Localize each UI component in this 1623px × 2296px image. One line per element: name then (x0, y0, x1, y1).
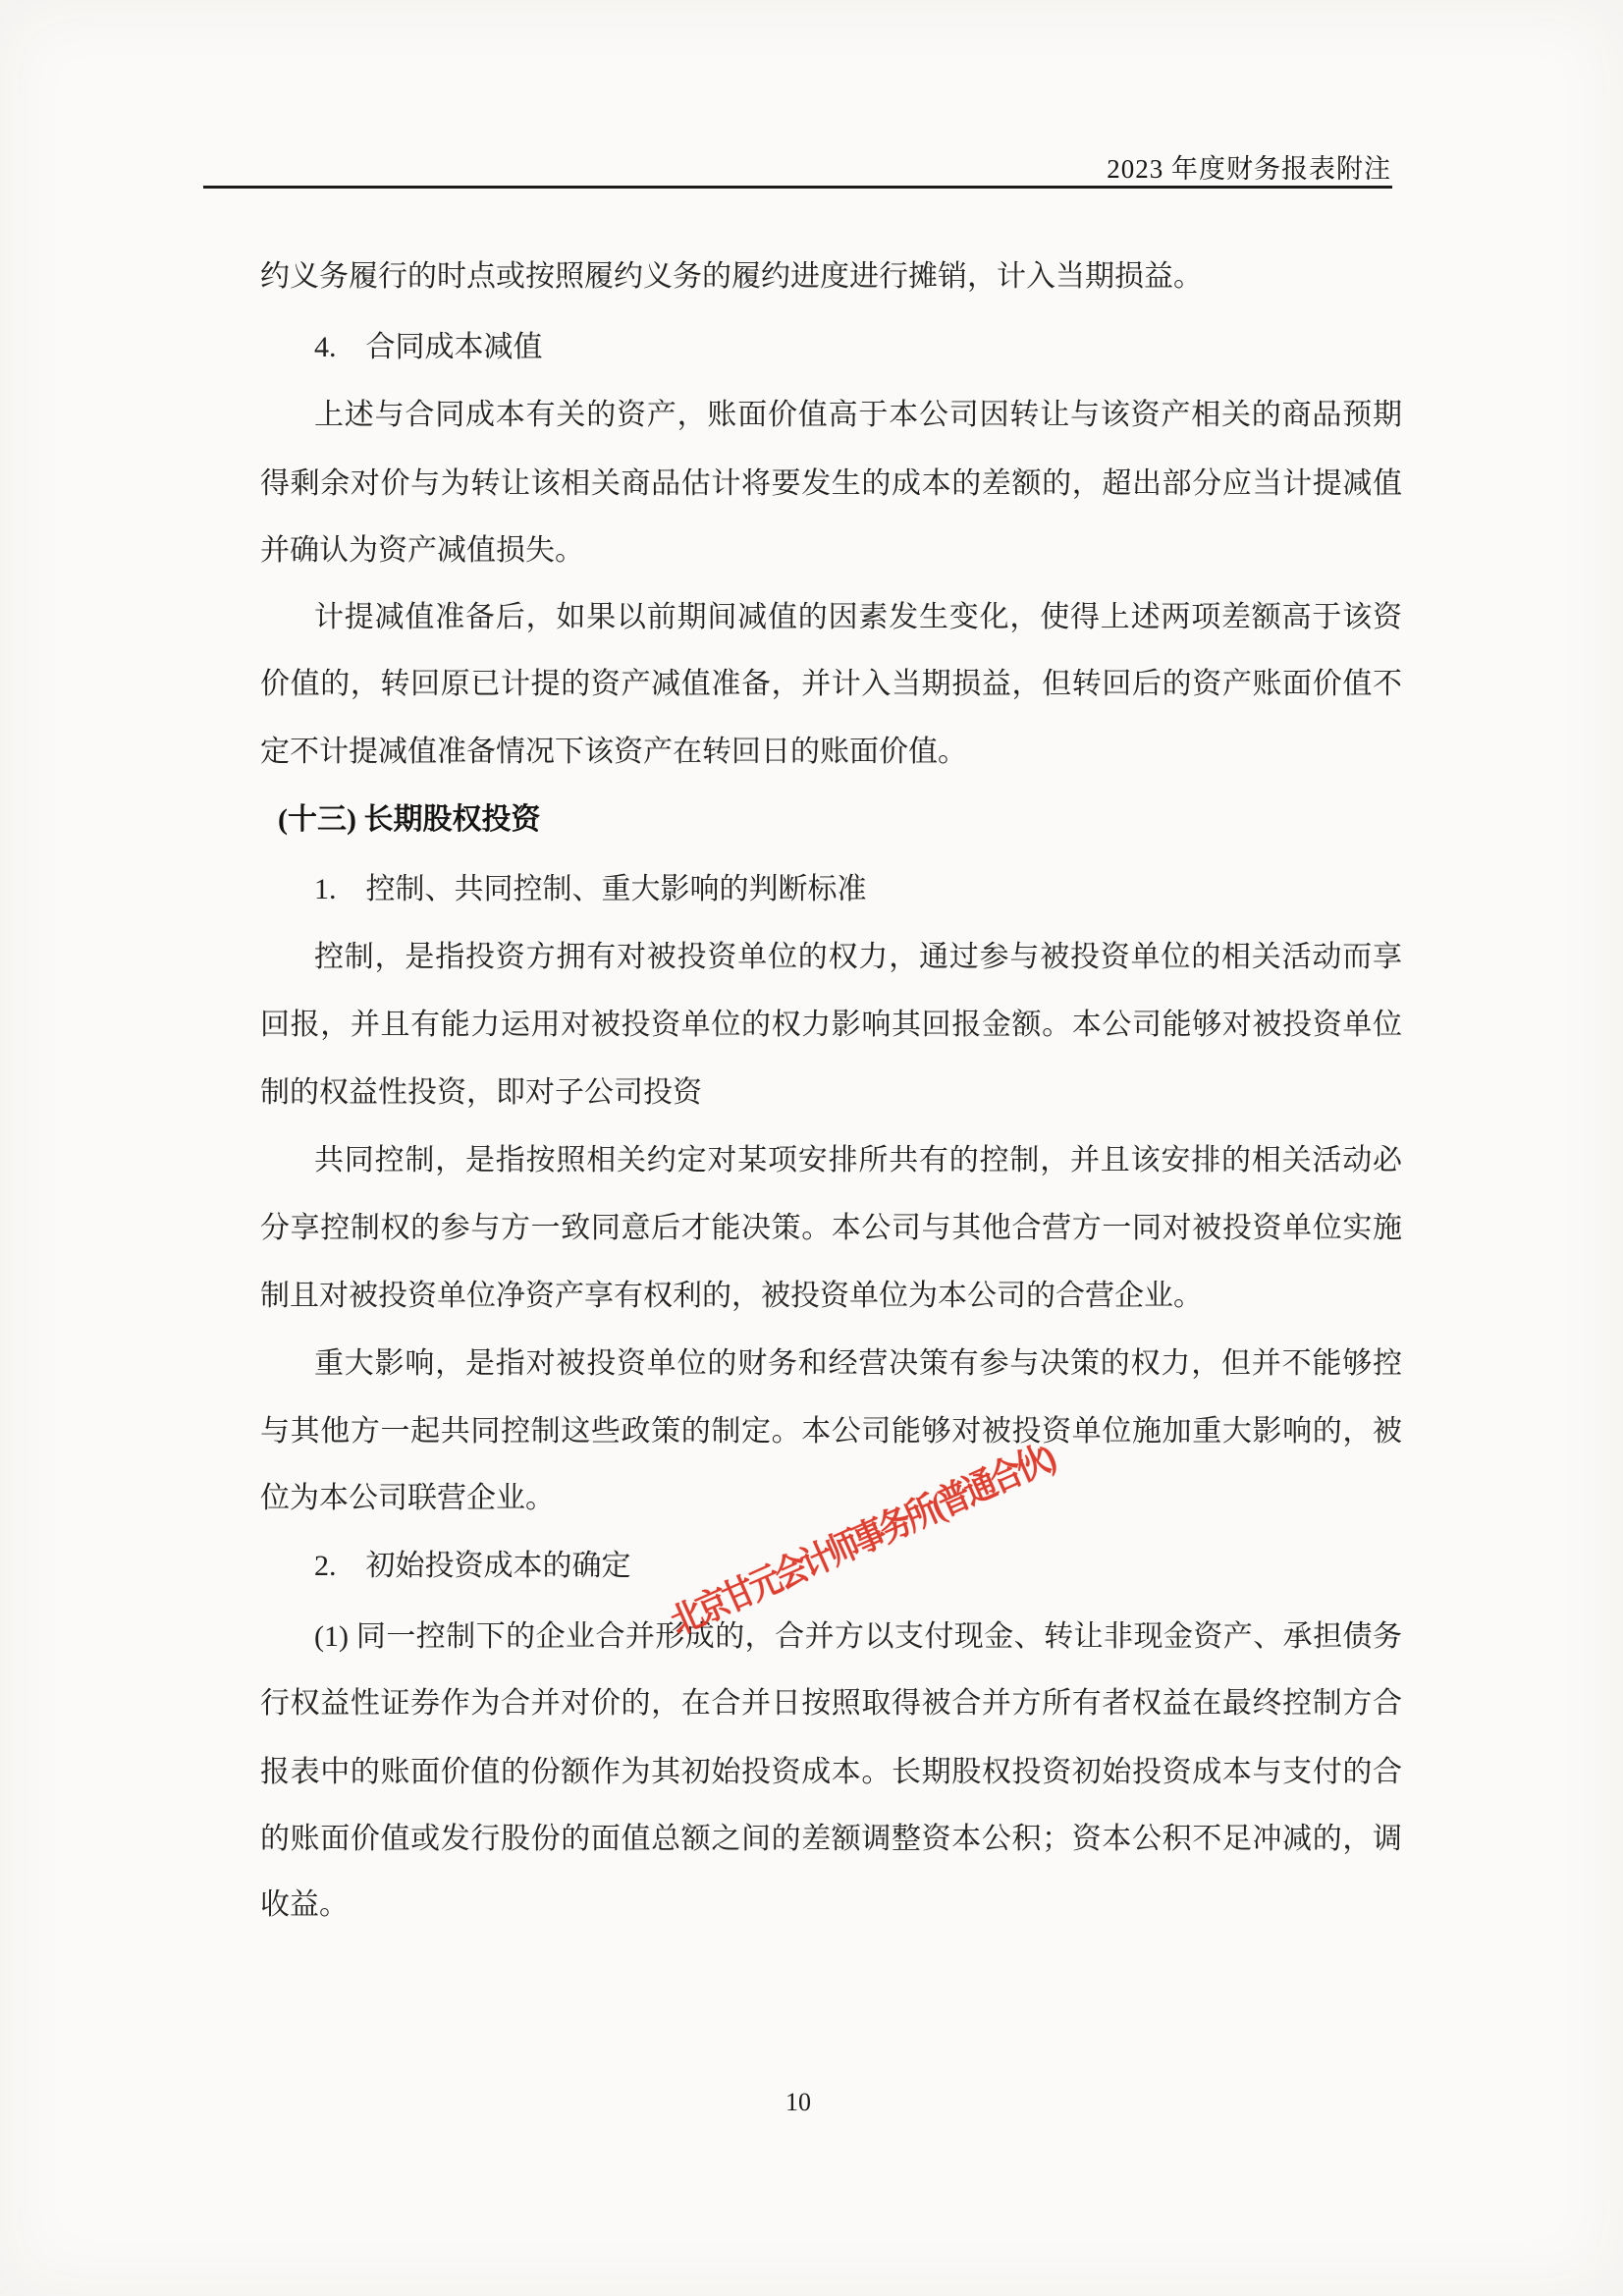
header-title: 2023 年度财务报表附注 (1107, 153, 1391, 185)
body-line: 重大影响，是指对被投资单位的财务和经营决策有参与决策的权力，但并不能够控制或者 (314, 1344, 1402, 1384)
body-line: 分享控制权的参与方一致同意后才能决策。本公司与其他合营方一同对被投资单位实施共同… (260, 1209, 1402, 1248)
header-rule (203, 186, 1392, 189)
body-line: 收益。 (260, 1886, 1402, 1925)
body-line: 计提减值准备后，如果以前期间减值的因素发生变化，使得上述两项差额高于该资产账面 (314, 598, 1402, 637)
body-line: (1) 同一控制下的企业合并形成的，合并方以支付现金、转让非现金资产、承担债务或… (314, 1617, 1402, 1657)
body-line: 得剩余对价与为转让该相关商品估计将要发生的成本的差额的，超出部分应当计提减值准备… (260, 465, 1402, 504)
body-line: 位为本公司联营企业。 (260, 1479, 1402, 1518)
body-line: 并确认为资产减值损失。 (260, 531, 1402, 571)
document-page: 2023 年度财务报表附注 约义务履行的时点或按照履约义务的履约进度进行摊销，计… (0, 0, 1623, 2296)
body-line: 报表中的账面价值的份额作为其初始投资成本。长期股权投资初始投资成本与支付的合并对… (260, 1753, 1402, 1792)
body-line: 制的权益性投资，即对子公司投资 (260, 1073, 1402, 1113)
section-heading: (十三) 长期股权投资 (278, 800, 1420, 840)
page-number: 10 (0, 2088, 1596, 2117)
body-line: 的账面价值或发行股份的面值总额之间的差额调整资本公积；资本公积不足冲减的，调整留… (260, 1820, 1402, 1859)
list-item-heading: 1. 控制、共同控制、重大影响的判断标准 (314, 870, 1402, 909)
body-line: 行权益性证券作为合并对价的，在合并日按照取得被合并方所有者权益在最终控制方合并财… (260, 1684, 1402, 1723)
body-line: 上述与合同成本有关的资产，账面价值高于本公司因转让与该资产相关的商品预期能够取 (314, 396, 1402, 435)
body-line: 制且对被投资单位净资产享有权利的，被投资单位为本公司的合营企业。 (260, 1277, 1402, 1316)
body-line: 控制，是指投资方拥有对被投资单位的权力，通过参与被投资单位的相关活动而享有可变 (314, 938, 1402, 977)
body-line: 定不计提减值准备情况下该资产在转回日的账面价值。 (260, 733, 1402, 772)
body-line: 共同控制，是指按照相关约定对某项安排所共有的控制，并且该安排的相关活动必须经过 (314, 1141, 1402, 1180)
body-line: 与其他方一起共同控制这些政策的制定。本公司能够对被投资单位施加重大影响的，被投资… (260, 1412, 1402, 1451)
body-line: 价值的，转回原已计提的资产减值准备，并计入当期损益，但转回后的资产账面价值不超过… (260, 665, 1402, 704)
list-item-heading: 4. 合同成本减值 (314, 328, 1402, 367)
body-line: 回报，并且有能力运用对被投资单位的权力影响其回报金额。本公司能够对被投资单位实施… (260, 1006, 1402, 1045)
body-line: 约义务履行的时点或按照履约义务的履约进度进行摊销，计入当期损益。 (260, 257, 1402, 297)
